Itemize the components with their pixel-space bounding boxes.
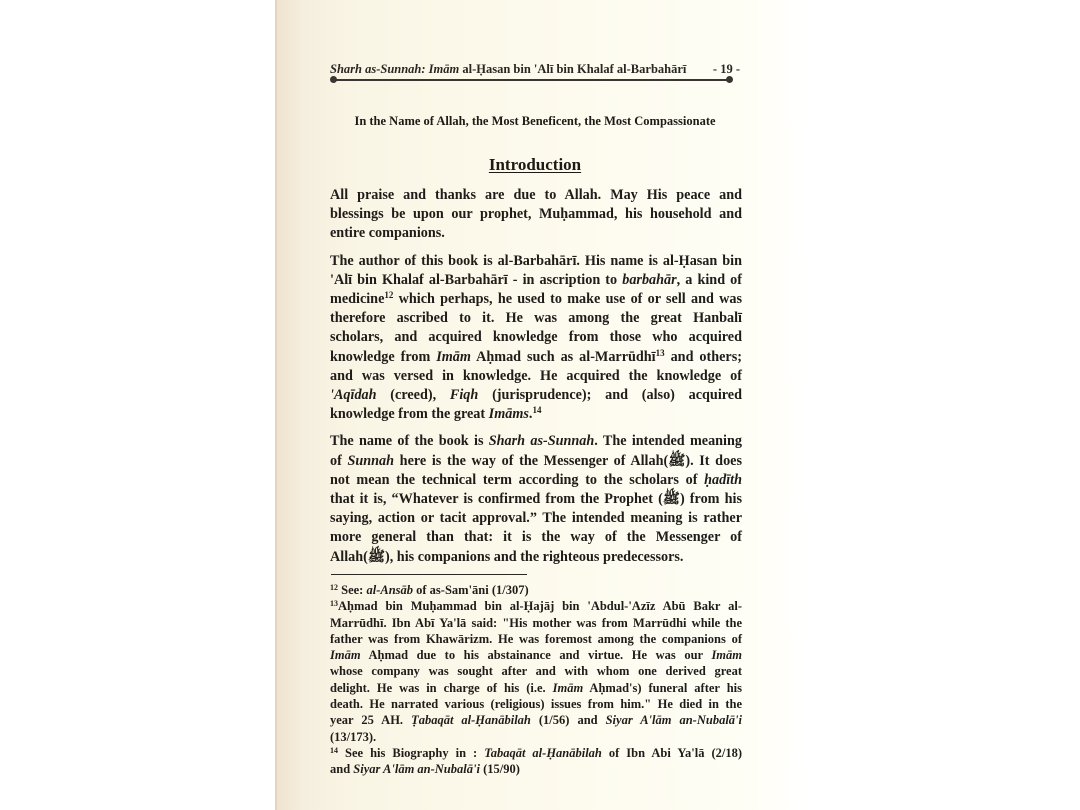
running-header: Sharh as-Sunnah: Imām al-Ḥasan bin 'Alī … xyxy=(330,62,740,78)
italic-term: Imām xyxy=(553,681,584,695)
italic-term: Fiqh xyxy=(450,387,478,403)
footnote-line: and Siyar A'lām an-Nubalā'i (15/90) xyxy=(330,761,742,777)
italic-term: Siyar A'lām an-Nubalā'i xyxy=(606,713,742,727)
footnote-line: Marrūdhī. Ibn Abī Ya'lā said: "His mothe… xyxy=(330,615,742,631)
italic-term: Sunnah xyxy=(347,453,394,469)
footnote-line: 14 See his Biography in : Tabaqāt al-Ḥan… xyxy=(330,745,742,761)
italic-term: ḥadīth xyxy=(704,472,742,488)
text-line: saying, action or tacit approval.” The i… xyxy=(330,509,742,528)
text-line: blessings be upon our prophet, Muḥammad,… xyxy=(330,205,742,224)
header-rule xyxy=(334,79,730,81)
text-line: not mean the technical term according to… xyxy=(330,471,742,490)
text-line: medicine12 which perhaps, he used to mak… xyxy=(330,290,742,309)
footnote-line: father was from Khawārizm. He was foremo… xyxy=(330,631,742,647)
paragraph: All praise and thanks are due to Allah. … xyxy=(330,186,742,244)
chapter-title: Introduction xyxy=(330,155,740,175)
running-title-italic-2: Imām xyxy=(429,62,460,76)
italic-term: Ṭabaqāt al-Ḥanābilah xyxy=(411,713,531,727)
running-title: Sharh as-Sunnah: Imām al-Ḥasan bin 'Alī … xyxy=(330,62,686,77)
footnote-reference[interactable]: 12 xyxy=(384,290,393,300)
footnote-line: Imām Aḥmad due to his abstainance and vi… xyxy=(330,647,742,663)
footnote-line: death. He narrated various (religious) i… xyxy=(330,696,742,712)
footnote-reference[interactable]: 14 xyxy=(532,405,541,415)
italic-term: Imām xyxy=(330,648,361,662)
footnote-line: delight. He was in charge of his (i.e. I… xyxy=(330,680,742,696)
paragraph: The name of the book is Sharh as-Sunnah.… xyxy=(330,432,742,566)
italic-term: Siyar A'lām an-Nubalā'i xyxy=(353,762,480,776)
italic-term: barbahār xyxy=(622,272,676,288)
italic-term: al-Ansāb xyxy=(366,583,413,597)
text-line: therefore ascribed to it. He was among t… xyxy=(330,309,742,328)
text-line: more general than that: it is the way of… xyxy=(330,528,742,547)
footnote-number: 14 xyxy=(330,746,338,755)
footnote-12: 12 See: al-Ansāb of as-Sam'āni (1/307) xyxy=(330,582,742,598)
text-line: of Sunnah here is the way of the Messeng… xyxy=(330,452,742,471)
text-line: entire companions. xyxy=(330,224,742,243)
text-line: and was versed in knowledge. He acquired… xyxy=(330,367,742,386)
text-line: The author of this book is al-Barbahārī.… xyxy=(330,252,742,271)
footnote-line: (13/173). xyxy=(330,729,742,745)
footnote-line: 12 See: al-Ansāb of as-Sam'āni (1/307) xyxy=(330,582,742,598)
footnote-13: 13Aḥmad bin Muḥammad bin al-Ḥajāj bin 'A… xyxy=(330,598,742,745)
footnote-line: whose company was sought after and with … xyxy=(330,663,742,679)
page-edge xyxy=(275,0,277,810)
paragraph: The author of this book is al-Barbahārī.… xyxy=(330,252,742,425)
text-line: scholars, and acquired knowledge from th… xyxy=(330,328,742,347)
text-line: knowledge from the great Imāms.14 xyxy=(330,405,742,424)
page-number: - 19 - xyxy=(713,62,740,77)
text-line: that it is, “Whatever is confirmed from … xyxy=(330,490,742,509)
text-line: The name of the book is Sharh as-Sunnah.… xyxy=(330,432,742,451)
running-title-italic-1: Sharh as-Sunnah: xyxy=(330,62,426,76)
text-line: All praise and thanks are due to Allah. … xyxy=(330,186,742,205)
header-rule-dot-left xyxy=(330,76,337,83)
footnote-14: 14 See his Biography in : Tabaqāt al-Ḥan… xyxy=(330,745,742,778)
text-line: Allah(ﷺ), his companions and the righteo… xyxy=(330,548,742,567)
italic-term: Imām xyxy=(711,648,742,662)
running-title-rest: al-Ḥasan bin 'Alī bin Khalaf al-Barbahār… xyxy=(462,62,686,76)
text-line: knowledge from Imām Aḥmad such as al-Mar… xyxy=(330,348,742,367)
footnote-reference[interactable]: 13 xyxy=(656,348,665,358)
italic-term: Imāms xyxy=(489,406,529,422)
footnote-line: year 25 AH. Ṭabaqāt al-Ḥanābilah (1/56) … xyxy=(330,712,742,728)
italic-term: 'Aqīdah xyxy=(330,387,377,403)
italic-term: Tabaqāt al-Ḥanābilah xyxy=(484,746,602,760)
italic-term: Sharh as-Sunnah xyxy=(489,433,594,449)
italic-term: Imām xyxy=(436,349,471,365)
bismillah-heading: In the Name of Allah, the Most Beneficen… xyxy=(330,114,740,129)
text-line: 'Aqīdah (creed), Fiqh (jurisprudence); a… xyxy=(330,386,742,405)
text-line: 'Alī bin Khalaf al-Barbahārī - in ascrip… xyxy=(330,271,742,290)
footnotes: 12 See: al-Ansāb of as-Sam'āni (1/307)13… xyxy=(330,582,742,778)
footnote-number: 13 xyxy=(330,599,338,608)
header-rule-dot-right xyxy=(726,76,733,83)
footnote-number: 12 xyxy=(330,583,338,592)
footnote-line: 13Aḥmad bin Muḥammad bin al-Ḥajāj bin 'A… xyxy=(330,598,742,614)
body-text: All praise and thanks are due to Allah. … xyxy=(330,186,742,575)
footnote-separator xyxy=(331,574,527,575)
